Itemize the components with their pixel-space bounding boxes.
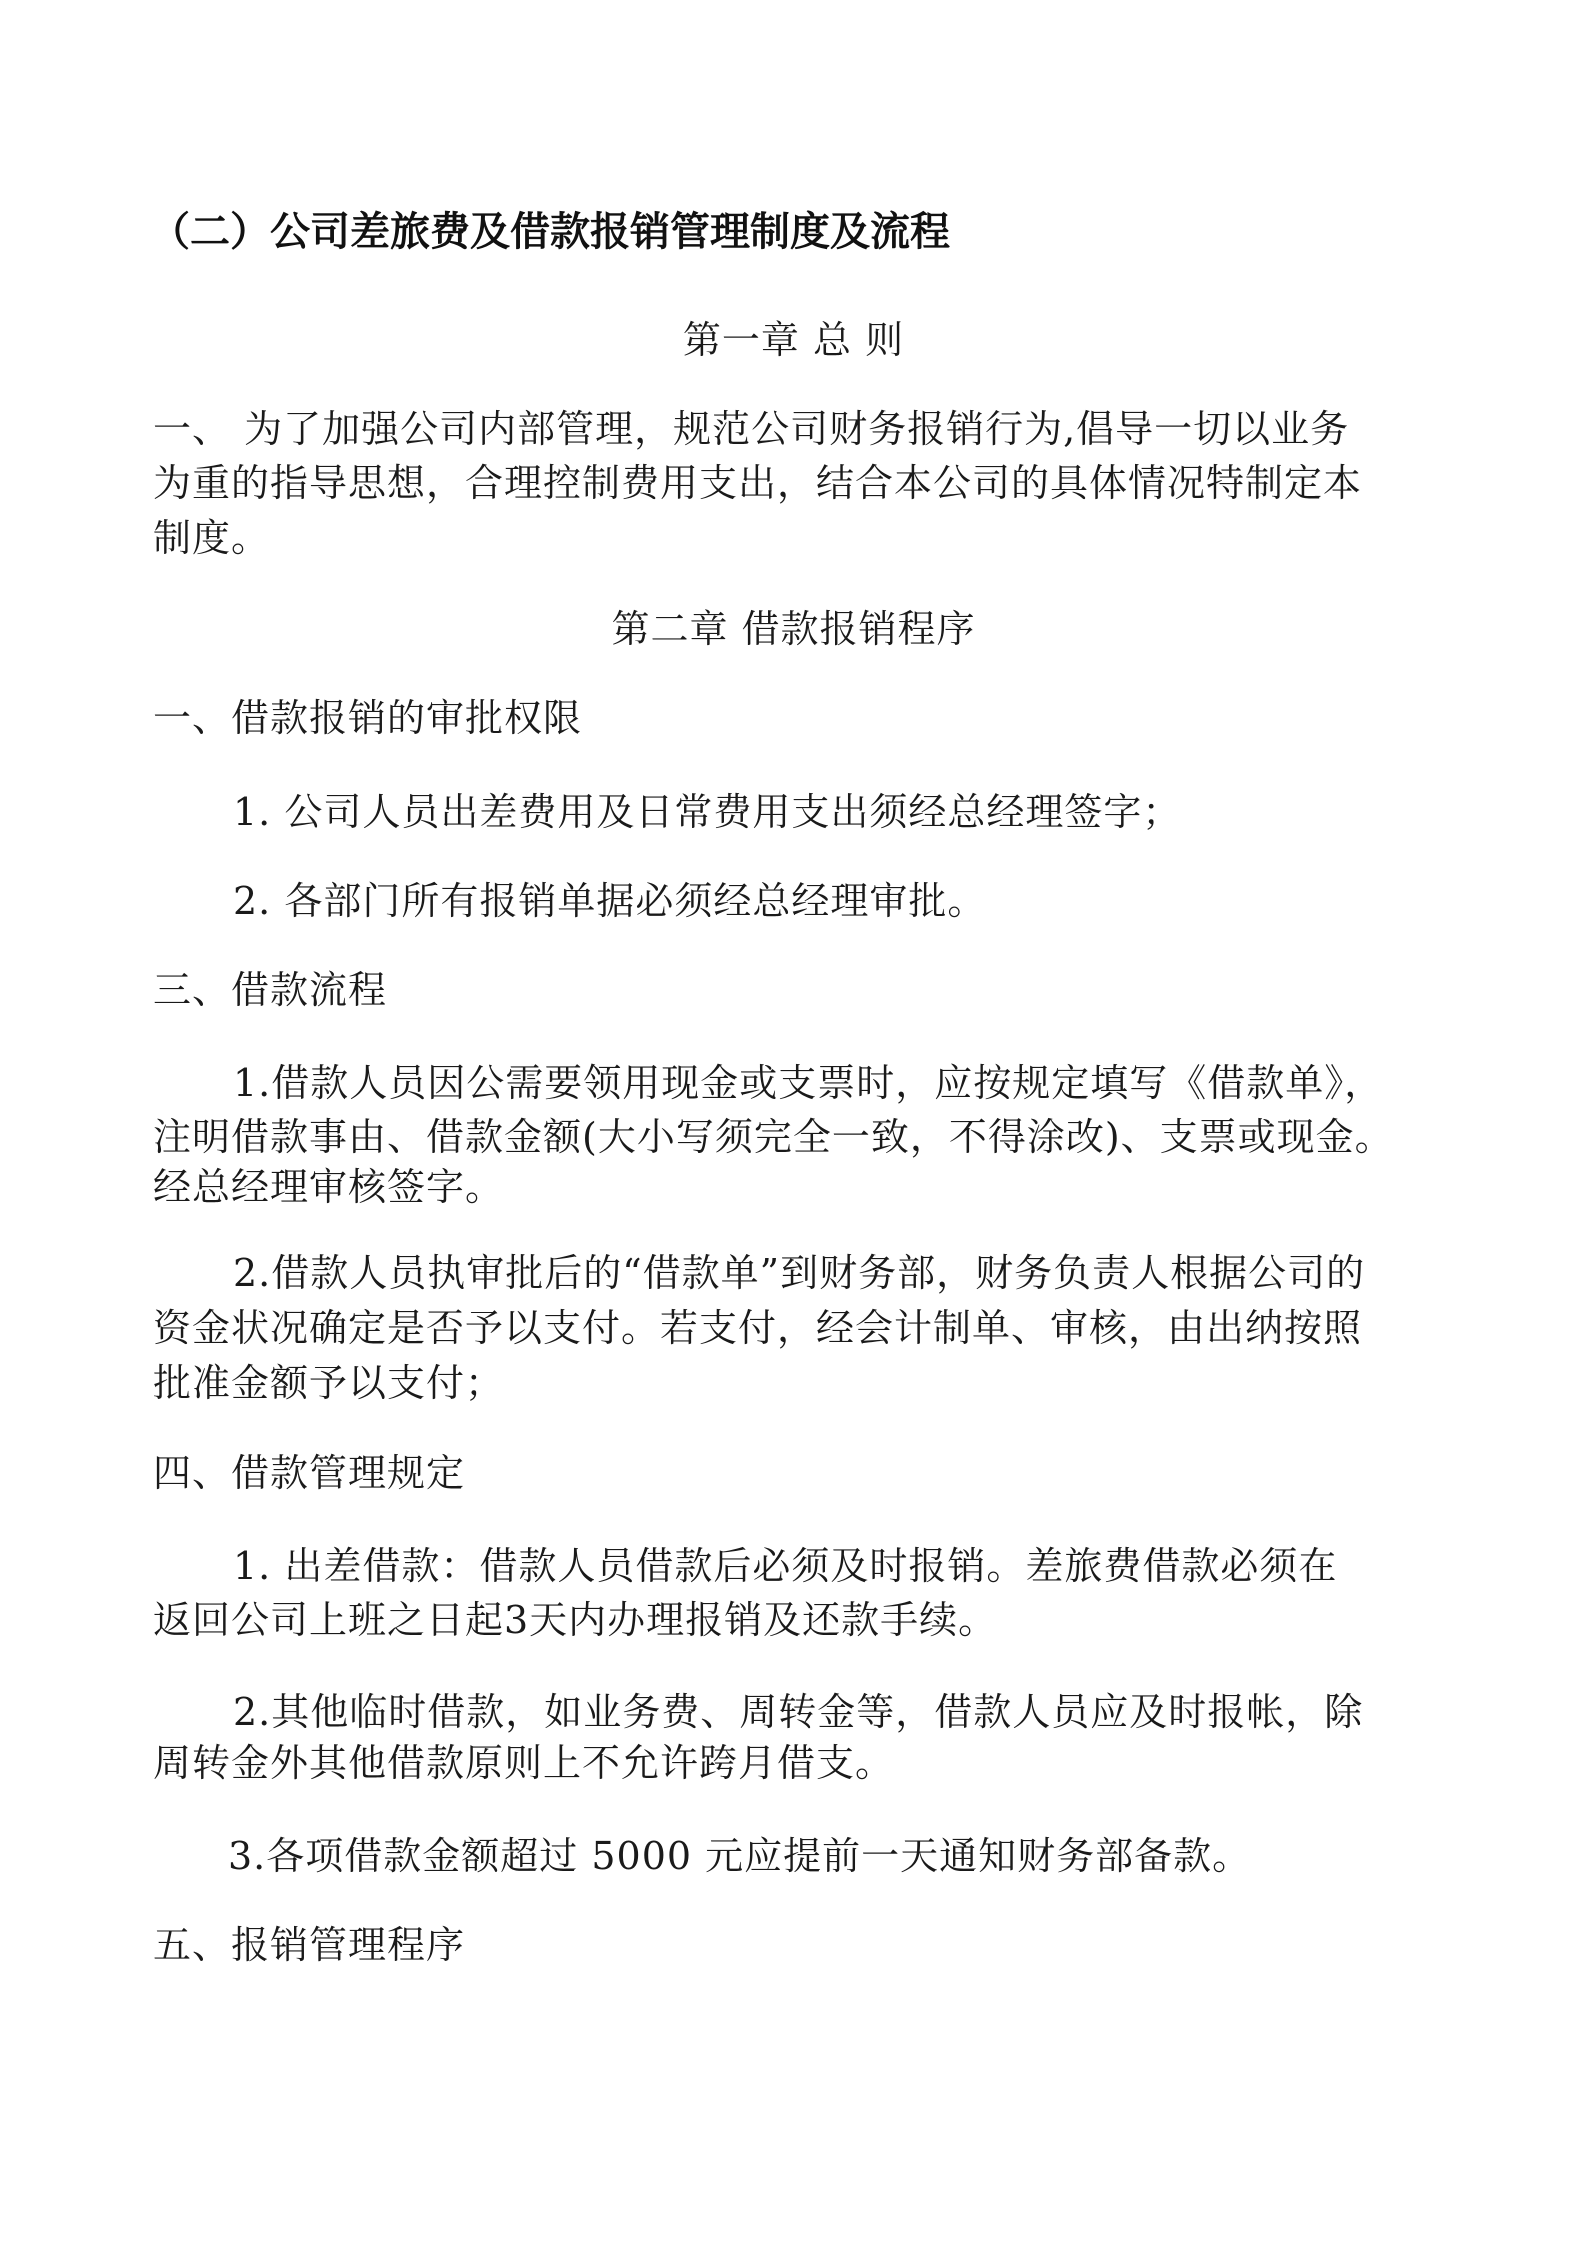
chapter-2-heading: 第二章 借款报销程序 <box>0 607 1587 651</box>
section-heading: 三、借款流程 <box>153 968 387 1012</box>
list-item: 1. 公司人员出差费用及日常费用支出须经总经理签字； <box>233 790 1181 834</box>
paragraph-line: 1.借款人员因公需要领用现金或支票时，应按规定填写《借款单》， <box>233 1061 1383 1105</box>
paragraph-line: 2.借款人员执审批后的“借款单”到财务部，财务负责人根据公司的 <box>233 1251 1365 1295</box>
paragraph-line: 经总经理审核签字。 <box>153 1165 504 1209</box>
paragraph-line: 制度。 <box>153 516 270 560</box>
paragraph-line: 资金状况确定是否予以支付。若支付，经会计制单、审核，由出纳按照 <box>153 1306 1362 1350</box>
paragraph-line: 为重的指导思想，合理控制费用支出，结合本公司的具体情况特制定本 <box>153 461 1362 505</box>
paragraph-line: 返回公司上班之日起3天内办理报销及还款手续。 <box>153 1598 997 1642</box>
document-title: （二）公司差旅费及借款报销管理制度及流程 <box>150 208 950 256</box>
paragraph-line: 2.其他临时借款，如业务费、周转金等，借款人员应及时报帐，除 <box>233 1690 1363 1734</box>
section-heading: 四、借款管理规定 <box>153 1451 465 1495</box>
paragraph-line: 3.各项借款金额超过 5000 元应提前一天通知财务部备款。 <box>228 1834 1251 1878</box>
paragraph-line: 一、 为了加强公司内部管理，规范公司财务报销行为,倡导一切以业务 <box>153 407 1349 451</box>
section-heading: 五、报销管理程序 <box>153 1923 465 1967</box>
section-heading: 一、借款报销的审批权限 <box>153 696 582 740</box>
paragraph-line: 批准金额予以支付； <box>153 1361 504 1405</box>
paragraph-line: 1. 出差借款：借款人员借款后必须及时报销。差旅费借款必须在 <box>233 1544 1337 1588</box>
paragraph-line: 周转金外其他借款原则上不允许跨月借支。 <box>153 1741 894 1785</box>
paragraph-line: 注明借款事由、借款金额(大小写须完全一致，不得涂改)、支票或现金。 <box>153 1115 1394 1159</box>
chapter-1-heading: 第一章 总 则 <box>0 318 1587 362</box>
list-item: 2. 各部门所有报销单据必须经总经理审批。 <box>233 879 986 923</box>
